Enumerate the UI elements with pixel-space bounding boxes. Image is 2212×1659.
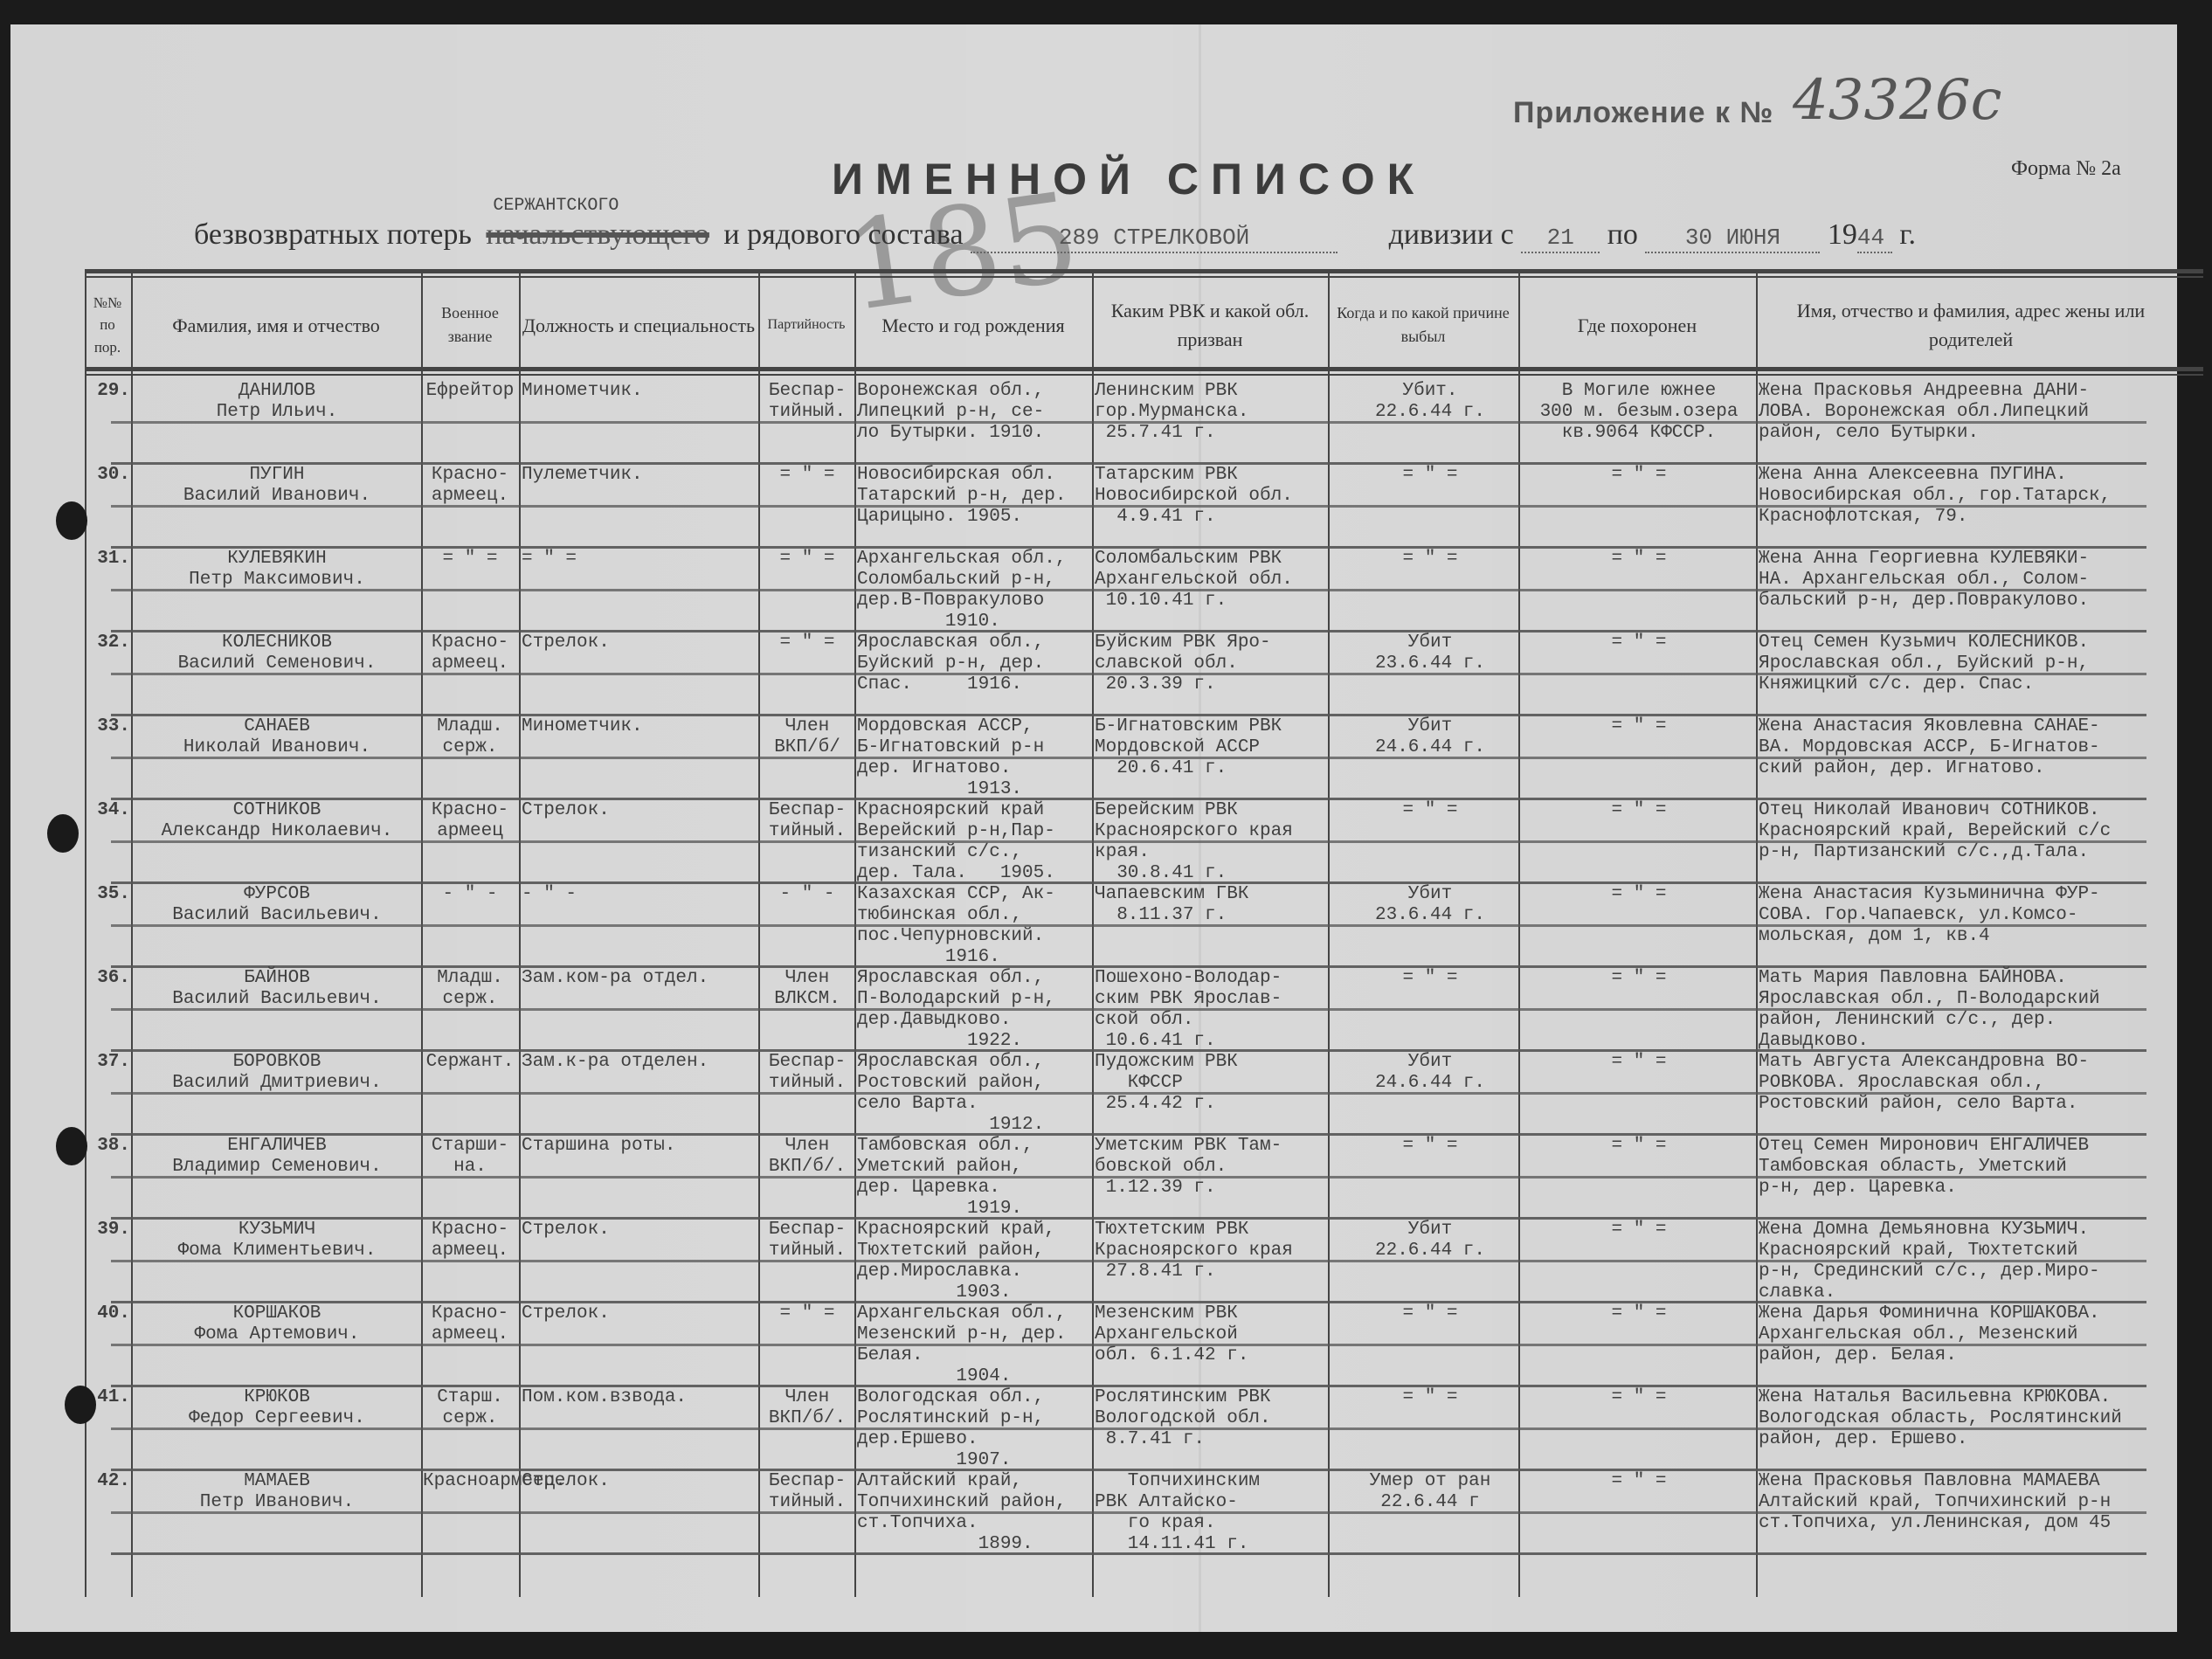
row-buried: = " =: [1522, 716, 1756, 737]
row-buried: = " =: [1522, 549, 1756, 570]
appendix-number-handwritten: 43326с: [1793, 68, 2001, 133]
row-number: 34.: [85, 800, 130, 821]
row-buried: = " =: [1522, 1136, 1756, 1157]
row-name: САНАЕВ Николай Иванович.: [137, 716, 417, 758]
row-rule: [111, 1176, 2146, 1179]
table-row: 34.СОТНИКОВ Александр Николаевич.Красно-…: [85, 800, 2203, 884]
row-buried: = " =: [1522, 1052, 1756, 1073]
table-row: 36.БАЙНОВ Василий Васильевич.Младш. серж…: [85, 968, 2203, 1052]
row-rank: Сержант.: [423, 1052, 517, 1073]
year-suffix: 44: [1857, 225, 1884, 251]
row-rule: [111, 1344, 2146, 1346]
row-buried: = " =: [1522, 884, 1756, 905]
row-position: Пулеметчик.: [522, 465, 757, 486]
row-rank: Младш. серж.: [423, 968, 517, 1010]
document-subtitle: безвозвратных потерь СЕРЖАНТСКОГО началь…: [194, 218, 1916, 253]
row-when: Убит. 22.6.44 г.: [1343, 381, 1517, 423]
row-name: КУЗЬМИЧ Фома Климентьевич.: [137, 1220, 417, 1262]
row-rank: Старш. серж.: [423, 1387, 517, 1429]
table-row: 40.КОРШАКОВ Фома Артемович.Красно- армее…: [85, 1303, 2203, 1387]
row-name: КУЛЕВЯКИН Петр Максимович.: [137, 549, 417, 591]
row-rank: Красно- армеец.: [423, 465, 517, 507]
row-rule: [111, 1427, 2146, 1430]
row-relatives: Жена Анна Алексеевна ПУГИНА. Новосибирск…: [1759, 465, 2195, 528]
row-number: 31.: [85, 549, 130, 570]
table-row: 30.ПУГИН Василий Иванович.Красно- армеец…: [85, 465, 2203, 549]
row-name: ФУРСОВ Василий Васильевич.: [137, 884, 417, 926]
row-name: КРЮКОВ Федор Сергеевич.: [137, 1387, 417, 1429]
subtitle-prefix: безвозвратных потерь: [194, 218, 472, 251]
row-party: Беспар- тийный.: [760, 1220, 854, 1262]
row-buried: = " =: [1522, 1471, 1756, 1492]
col-header-name: Фамилия, имя и отчество: [132, 282, 420, 368]
row-relatives: Отец Семен Кузьмич КОЛЕСНИКОВ. Ярославск…: [1759, 632, 2195, 695]
row-when: Убит 23.6.44 г.: [1343, 884, 1517, 926]
row-name: ПУГИН Василий Иванович.: [137, 465, 417, 507]
row-when: = " =: [1343, 549, 1517, 570]
row-rule: [111, 840, 2146, 843]
row-rvk: Мезенским РВК Архангельской обл. 6.1.42 …: [1095, 1303, 1327, 1366]
row-number: 40.: [85, 1303, 130, 1324]
punch-hole: [56, 501, 87, 540]
division-value: 289 СТРЕЛКОВОЙ: [1059, 225, 1249, 251]
row-rank: Красноармеец.: [423, 1471, 517, 1492]
row-position: Старшина роты.: [522, 1136, 757, 1157]
row-number: 38.: [85, 1136, 130, 1157]
row-number: 32.: [85, 632, 130, 653]
appendix-label: Приложение к №: [1513, 96, 1773, 130]
row-relatives: Жена Прасковья Павловна МАМАЕВА Алтайски…: [1759, 1471, 2195, 1534]
row-rvk: Татарским РВК Новосибирской обл. 4.9.41 …: [1095, 465, 1327, 528]
row-party: Член ВКП/б/.: [760, 1136, 854, 1178]
year-end: г.: [1899, 218, 1916, 251]
row-name: КОРШАКОВ Фома Артемович.: [137, 1303, 417, 1345]
row-position: Стрелок.: [522, 1303, 757, 1324]
row-name: БАЙНОВ Василий Васильевич.: [137, 968, 417, 1010]
row-rule: [111, 1008, 2146, 1011]
row-rvk: Рослятинским РВК Вологодской обл. 8.7.41…: [1095, 1387, 1327, 1450]
row-name: ДАНИЛОВ Петр Ильич.: [137, 381, 417, 423]
col-header-buried: Где похоронен: [1519, 282, 1755, 368]
row-rule: [111, 1552, 2146, 1555]
row-party: - " -: [760, 884, 854, 905]
row-rvk: Соломбальским РВК Архангельской обл. 10.…: [1095, 549, 1327, 612]
row-relatives: Жена Наталья Васильевна КРЮКОВА. Вологод…: [1759, 1387, 2195, 1450]
row-buried: В Могиле южнее 300 м. безым.озера кв.906…: [1522, 381, 1756, 444]
row-relatives: Жена Анастасия Яковлевна САНАЕ- ВА. Морд…: [1759, 716, 2195, 779]
table-row: 31.КУЛЕВЯКИН Петр Максимович.= " == " ==…: [85, 549, 2203, 632]
row-rvk: Тюхтетским РВК Красноярского края 27.8.4…: [1095, 1220, 1327, 1282]
row-party: Член ВКП/б/: [760, 716, 854, 758]
row-rank: Младш. серж.: [423, 716, 517, 758]
row-rank: Красно- армеец.: [423, 1220, 517, 1262]
row-party: Член ВКП/б/.: [760, 1387, 854, 1429]
date-from: 21: [1547, 225, 1574, 251]
row-when: = " =: [1343, 800, 1517, 821]
table-row: 41.КРЮКОВ Федор Сергеевич.Старш. серж.По…: [85, 1387, 2203, 1471]
punch-hole: [65, 1386, 96, 1424]
row-buried: = " =: [1522, 1303, 1756, 1324]
col-header-position: Должность и специальность: [520, 282, 757, 368]
row-birth: Новосибирская обл. Татарский р-н, дер. Ц…: [857, 465, 1093, 528]
table-row: 32.КОЛЕСНИКОВ Василий Семенович.Красно- …: [85, 632, 2203, 716]
row-rvk: Ленинским РВК гор.Мурманска. 25.7.41 г.: [1095, 381, 1327, 444]
row-when: = " =: [1343, 1303, 1517, 1324]
row-rule: [111, 589, 2146, 591]
row-buried: = " =: [1522, 1387, 1756, 1408]
row-rule: [111, 924, 2146, 927]
row-relatives: Жена Прасковья Андреевна ДАНИ- ЛОВА. Вор…: [1759, 381, 2195, 444]
row-rank: Красно- армеец.: [423, 1303, 517, 1345]
row-rule: [111, 505, 2146, 508]
header-top-rule: [85, 269, 2203, 273]
col-header-number: №№ по пор.: [85, 282, 130, 368]
row-rank: Ефрейтор: [423, 381, 517, 402]
table-row: 33.САНАЕВ Николай Иванович.Младш. серж.М…: [85, 716, 2203, 800]
row-rvk: Буйским РВК Яро- славской обл. 20.3.39 г…: [1095, 632, 1327, 695]
division-label: дивизии с: [1389, 218, 1514, 251]
row-buried: = " =: [1522, 465, 1756, 486]
row-position: Зам.к-ра отделен.: [522, 1052, 757, 1073]
row-number: 29.: [85, 381, 130, 402]
row-position: Зам.ком-ра отдел.: [522, 968, 757, 989]
row-number: 42.: [85, 1471, 130, 1492]
row-position: - " -: [522, 884, 757, 905]
row-rule: [111, 673, 2146, 675]
row-position: Стрелок.: [522, 800, 757, 821]
row-number: 35.: [85, 884, 130, 905]
subtitle-overtyped: СЕРЖАНТСКОГО: [493, 196, 619, 216]
subtitle-struck: начальствующего: [486, 218, 709, 251]
col-header-rvk: Каким РВК и какой обл. призван: [1093, 282, 1327, 368]
row-number: 33.: [85, 716, 130, 737]
row-rule: [111, 1260, 2146, 1262]
row-name: ЕНГАЛИЧЕВ Владимир Семенович.: [137, 1136, 417, 1178]
punch-hole: [56, 1127, 87, 1165]
row-rank: - " -: [423, 884, 517, 905]
row-when: Убит 22.6.44 г.: [1343, 1220, 1517, 1262]
row-relatives: Отец Семен Миронович ЕНГАЛИЧЕВ Тамбовска…: [1759, 1136, 2195, 1199]
col-header-relatives: Имя, отчество и фамилия, адрес жены или …: [1757, 282, 2185, 368]
row-relatives: Отец Николай Иванович СОТНИКОВ. Краснояр…: [1759, 800, 2195, 863]
row-party: Беспар- тийный.: [760, 381, 854, 423]
row-number: 36.: [85, 968, 130, 989]
row-rvk: Чапаевским ГВК 8.11.37 г.: [1095, 884, 1327, 926]
table-row: 29.ДАНИЛОВ Петр Ильич.ЕфрейторМинометчик…: [85, 381, 2203, 465]
row-position: Стрелок.: [522, 1471, 757, 1492]
table-row: 42.МАМАЕВ Петр Иванович.Красноармеец.Стр…: [85, 1471, 2203, 1555]
row-position: Минометчик.: [522, 716, 757, 737]
row-party: Член ВЛКСМ.: [760, 968, 854, 1010]
row-position: Минометчик.: [522, 381, 757, 402]
row-name: БОРОВКОВ Василий Дмитриевич.: [137, 1052, 417, 1094]
row-when: Убит 23.6.44 г.: [1343, 632, 1517, 674]
row-when: = " =: [1343, 968, 1517, 989]
row-position: Стрелок.: [522, 632, 757, 653]
row-relatives: Жена Анна Георгиевна КУЛЕВЯКИ- НА. Архан…: [1759, 549, 2195, 612]
form-number: Форма № 2а: [2011, 157, 2121, 181]
row-party: Беспар- тийный.: [760, 800, 854, 842]
row-number: 37.: [85, 1052, 130, 1073]
row-rule: [111, 421, 2146, 424]
row-party: = " =: [760, 1303, 854, 1324]
row-position: Стрелок.: [522, 1220, 757, 1241]
row-when: Умер от ран 22.6.44 г: [1343, 1471, 1517, 1513]
row-birth: Воронежская обл., Липецкий р-н, се- ло Б…: [857, 381, 1093, 444]
row-number: 39.: [85, 1220, 130, 1241]
year-prefix: 19: [1828, 218, 1857, 251]
row-party: = " =: [760, 465, 854, 486]
row-relatives: Жена Анастасия Кузьминична ФУР- СОВА. Го…: [1759, 884, 2195, 947]
row-relatives: Мать Августа Александровна ВО- РОВКОВА. …: [1759, 1052, 2195, 1115]
col-header-when: Когда и по какой причине выбыл: [1329, 282, 1517, 368]
row-rvk: Б-Игнатовским РВК Мордовской АССР 20.6.4…: [1095, 716, 1327, 779]
document-sheet: Приложение к № 43326с Форма № 2а ИМЕННОЙ…: [10, 24, 2177, 1632]
row-rvk: Уметским РВК Там- бовской обл. 1.12.39 г…: [1095, 1136, 1327, 1199]
row-when: = " =: [1343, 1387, 1517, 1408]
row-rule: [111, 1092, 2146, 1095]
table-row: 37.БОРОВКОВ Василий Дмитриевич.Сержант.З…: [85, 1052, 2203, 1136]
table-row: 35.ФУРСОВ Василий Васильевич.- " -- " --…: [85, 884, 2203, 968]
subtitle-middle: и рядового состава: [723, 218, 963, 251]
row-birth: Ярославская обл., Буйский р-н, дер. Спас…: [857, 632, 1093, 695]
col-header-party: Партийность: [759, 282, 854, 368]
row-buried: = " =: [1522, 1220, 1756, 1241]
row-rank: Старши- на.: [423, 1136, 517, 1178]
header-bottom-rule-thin: [85, 374, 2203, 376]
table-row: 39.КУЗЬМИЧ Фома Климентьевич.Красно- арм…: [85, 1220, 2203, 1303]
row-rule: [111, 1511, 2146, 1514]
date-to-label: по: [1607, 218, 1638, 251]
table-row: 38.ЕНГАЛИЧЕВ Владимир Семенович.Старши- …: [85, 1136, 2203, 1220]
casualty-table: №№ по пор. Фамилия, имя и отчество Военн…: [85, 269, 2203, 1606]
col-header-rank: Военное звание: [422, 282, 518, 368]
row-rank: = " =: [423, 549, 517, 570]
row-when: Убит 24.6.44 г.: [1343, 716, 1517, 758]
row-party: Беспар- тийный.: [760, 1052, 854, 1094]
row-name: СОТНИКОВ Александр Николаевич.: [137, 800, 417, 842]
row-party: = " =: [760, 549, 854, 570]
row-buried: = " =: [1522, 632, 1756, 653]
row-rvk: Пудожским РВК КФССР 25.4.42 г.: [1095, 1052, 1327, 1115]
row-rule: [111, 757, 2146, 759]
row-name: КОЛЕСНИКОВ Василий Семенович.: [137, 632, 417, 674]
row-party: = " =: [760, 632, 854, 653]
row-rank: Красно- армеец.: [423, 632, 517, 674]
row-buried: = " =: [1522, 800, 1756, 821]
row-rank: Красно- армеец: [423, 800, 517, 842]
row-when: Убит 24.6.44 г.: [1343, 1052, 1517, 1094]
row-buried: = " =: [1522, 968, 1756, 989]
date-to: 30 ИЮНЯ: [1685, 225, 1780, 251]
punch-hole: [47, 814, 79, 853]
row-when: = " =: [1343, 1136, 1517, 1157]
row-name: МАМАЕВ Петр Иванович.: [137, 1471, 417, 1513]
row-position: Пом.ком.взвода.: [522, 1387, 757, 1408]
row-number: 30.: [85, 465, 130, 486]
header-top-rule-thin: [85, 276, 2203, 278]
row-position: = " =: [522, 549, 757, 570]
col-header-birth: Место и год рождения: [855, 282, 1091, 368]
row-when: = " =: [1343, 465, 1517, 486]
row-party: Беспар- тийный.: [760, 1471, 854, 1513]
row-relatives: Жена Дарья Фоминична КОРШАКОВА. Архангел…: [1759, 1303, 2195, 1366]
